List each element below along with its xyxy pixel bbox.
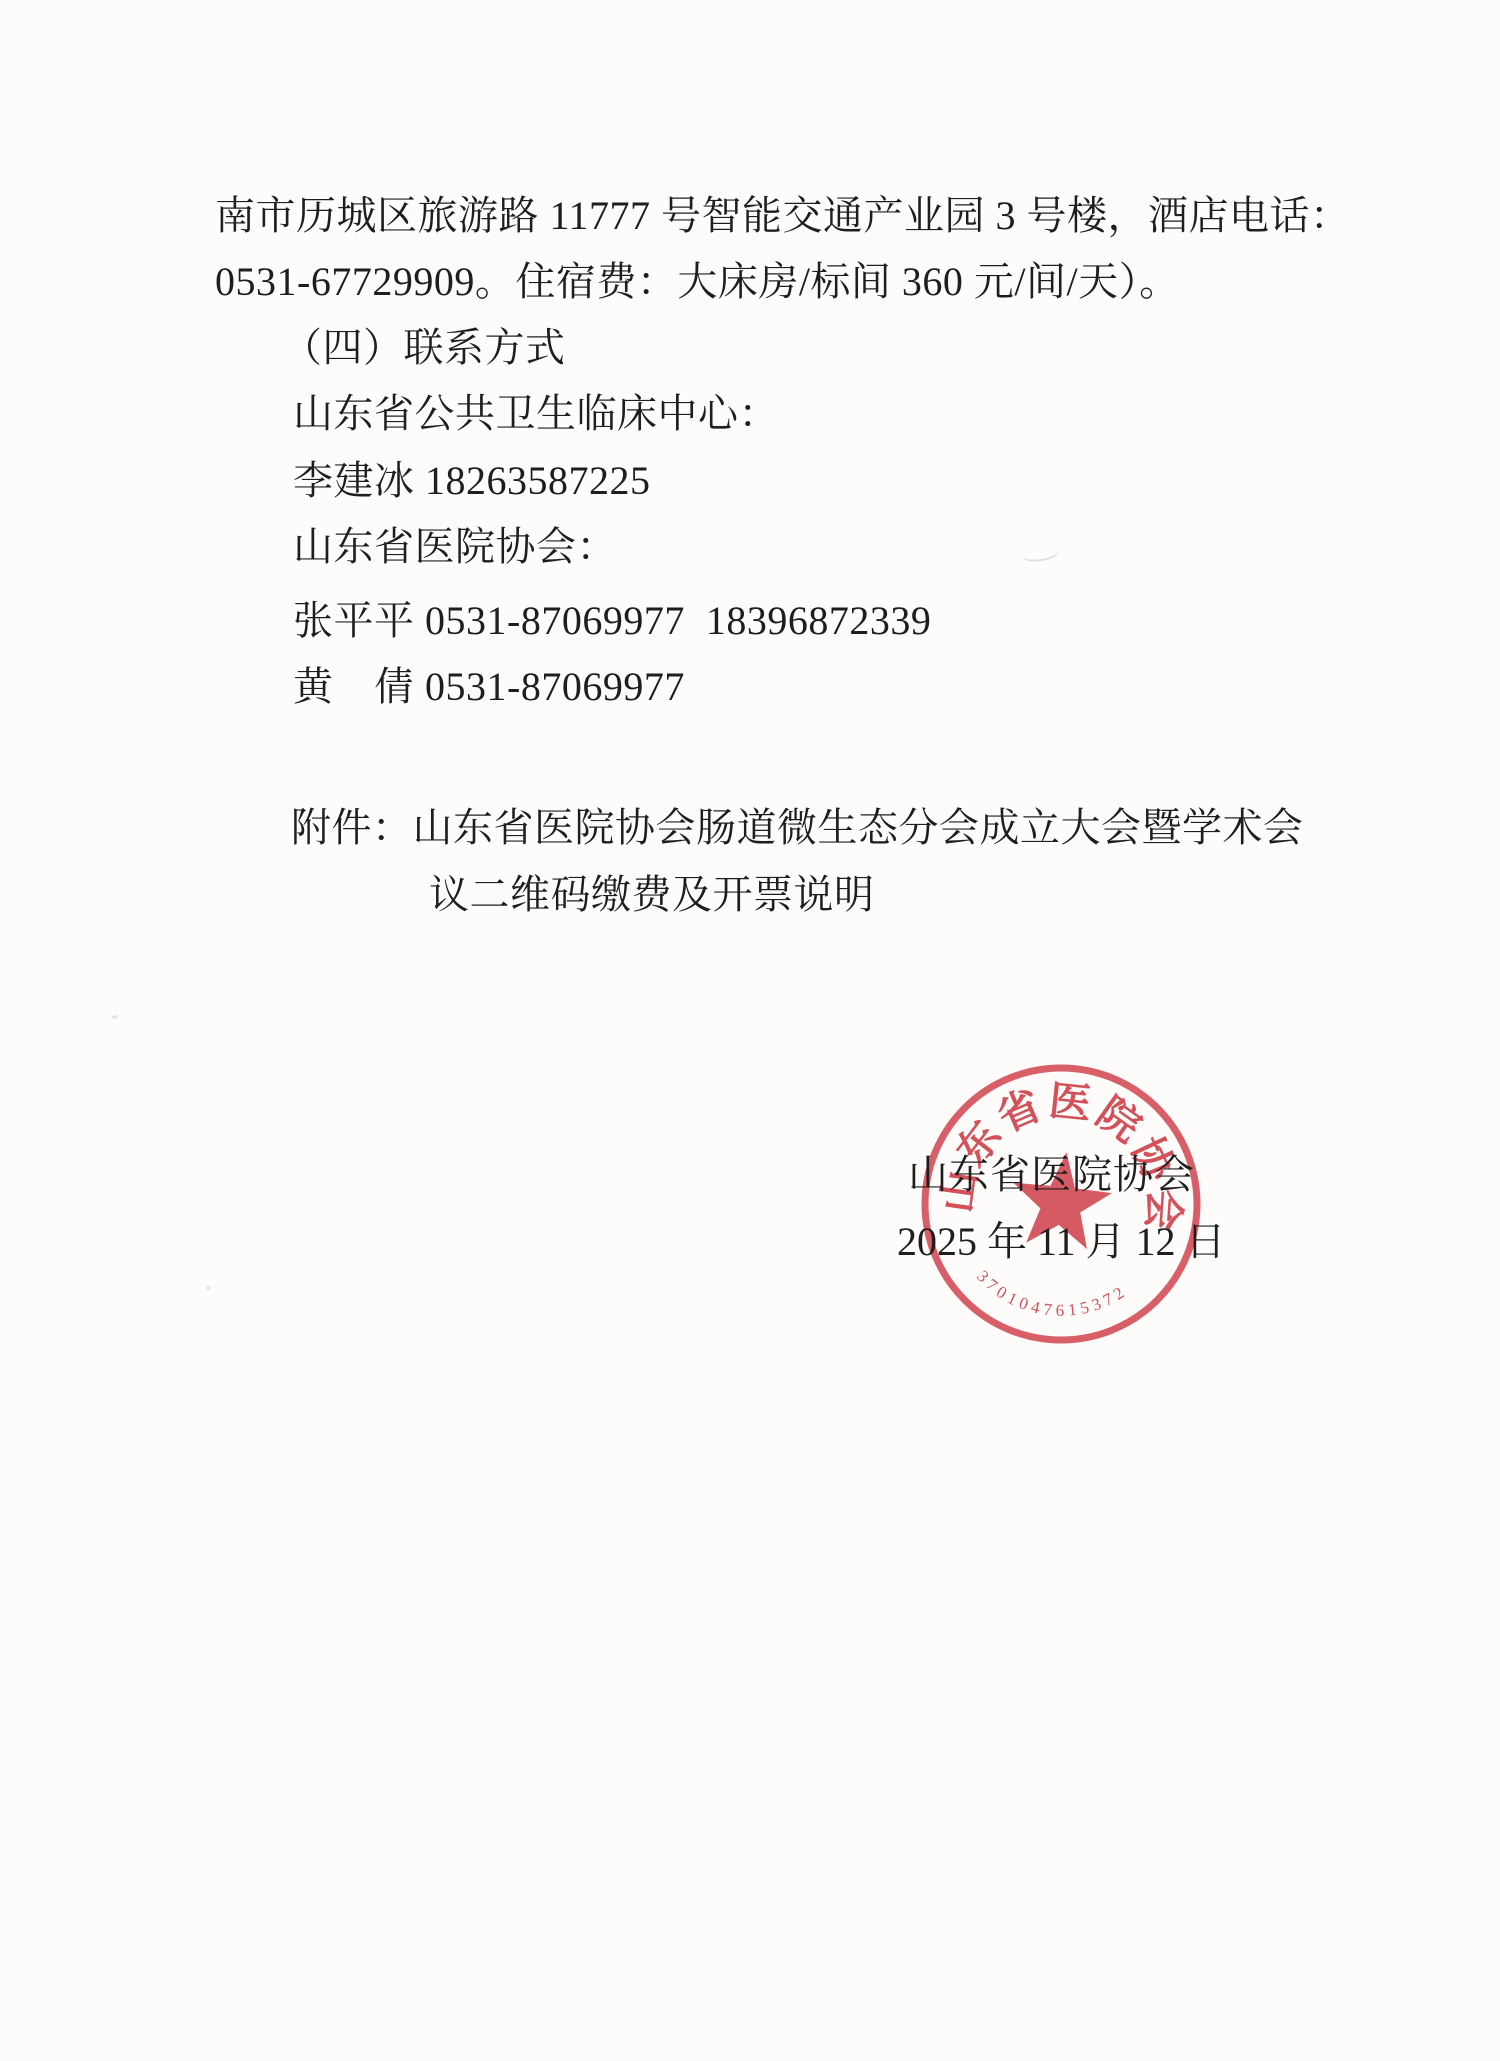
signature-org: 山东省医院协会: [908, 1152, 1195, 1198]
paragraph-line-2: 0531-67729909。住宿费：大床房/标间 360 元/间/天）。: [215, 259, 1180, 305]
contact-line-org-2: 山东省医院协会：: [293, 524, 617, 570]
attachment-line-1: 附件：山东省医院协会肠道微生态分会成立大会暨学术会: [291, 805, 1304, 851]
contact-line-person-1: 李建冰 18263587225: [293, 458, 651, 504]
attachment-line-2: 议二维码缴费及开票说明: [429, 872, 875, 918]
contact-line-person-3: 黄 倩 0531-87069977: [293, 664, 685, 710]
contact-line-person-2: 张平平 0531-87069977 18396872339: [293, 598, 931, 644]
scan-artifact-dot-2: [206, 1286, 211, 1290]
scan-artifact-dot-1: [112, 1015, 118, 1019]
scan-artifact-curve: [1021, 542, 1061, 564]
paragraph-line-1: 南市历城区旅游路 11777 号智能交通产业园 3 号楼，酒店电话：: [215, 193, 1351, 239]
document-page: 南市历城区旅游路 11777 号智能交通产业园 3 号楼，酒店电话： 0531-…: [0, 0, 1500, 2061]
signature-date: 2025 年 11 月 12 日: [897, 1219, 1226, 1265]
official-seal-stamp: 山东省医院协会 3701047615372: [911, 1054, 1211, 1354]
contact-line-org-1: 山东省公共卫生临床中心：: [293, 391, 779, 437]
section-heading: （四）联系方式: [282, 325, 566, 371]
seal-serial-number: 3701047615372: [970, 1265, 1133, 1327]
